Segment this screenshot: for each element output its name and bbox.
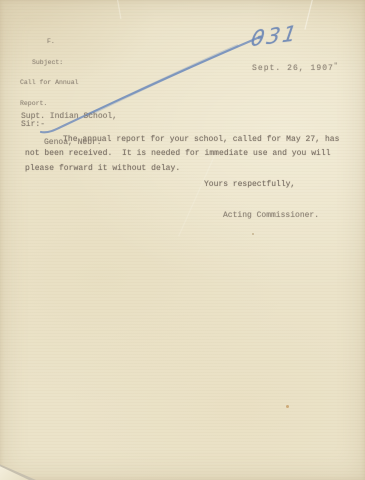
body-line-1: The annual report for your school, calle… bbox=[63, 135, 340, 144]
reference-line: F. bbox=[20, 39, 79, 46]
salutation: Sir:- bbox=[21, 120, 45, 129]
body-line-3: please forward it without delay. bbox=[25, 164, 180, 173]
date-line: Sept. 26, 1907" bbox=[252, 62, 338, 73]
paper-speck bbox=[252, 233, 254, 235]
reference-line: Call for Annual bbox=[20, 80, 79, 87]
paper-speck bbox=[286, 405, 289, 408]
closing: Yours respectfully, bbox=[204, 180, 295, 189]
reference-line: Subject: bbox=[20, 60, 79, 67]
handwritten-file-number: 031 bbox=[249, 21, 300, 51]
paper-crease bbox=[304, 0, 314, 30]
letter-page: F. Subject: Call for Annual Report. 031 … bbox=[0, 0, 365, 480]
paper-crease bbox=[116, 0, 122, 19]
date-text: Sept. 26, 1907 bbox=[252, 64, 334, 73]
paper-crease bbox=[178, 153, 216, 236]
date-mark: " bbox=[334, 62, 338, 69]
signature-title: Acting Commissioner. bbox=[223, 211, 319, 220]
body-line-2: not been received. It is needed for imme… bbox=[25, 149, 331, 158]
